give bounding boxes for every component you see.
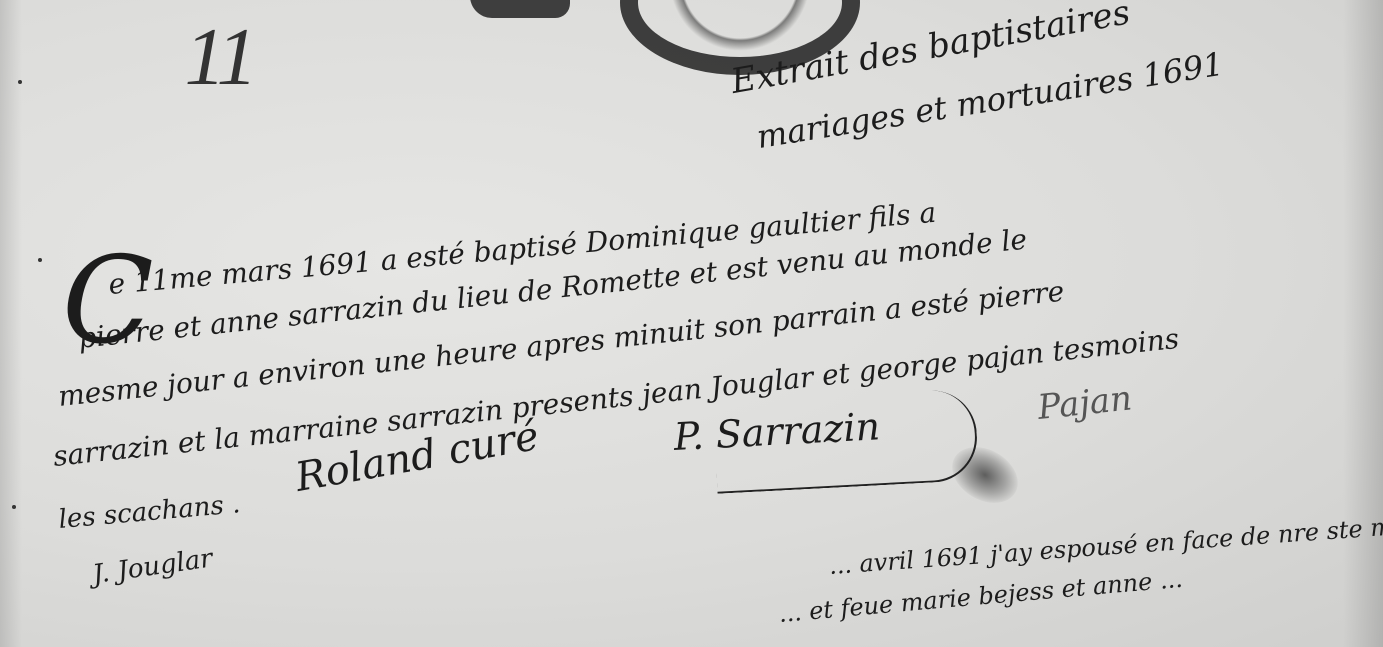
- page-edge-shadow-right: [1343, 0, 1383, 647]
- page-edge-shadow-left: [0, 0, 22, 647]
- ink-dot: [38, 258, 42, 262]
- ink-dot: [18, 80, 22, 84]
- scanned-register-page: 11 Extrait des baptistaires mariages et …: [0, 0, 1383, 647]
- ink-dot: [12, 505, 16, 509]
- stamp-fragment: [470, 0, 570, 18]
- next-entry-line-1: ... avril 1691 j'ay espousé en face de n…: [828, 510, 1383, 580]
- signature-witness-pajan: Pajan: [1036, 378, 1134, 428]
- folio-number: 11: [177, 10, 261, 104]
- signature-witness-jouglar: J. Jouglar: [91, 543, 215, 590]
- entry-line-5: les scachans .: [57, 489, 241, 535]
